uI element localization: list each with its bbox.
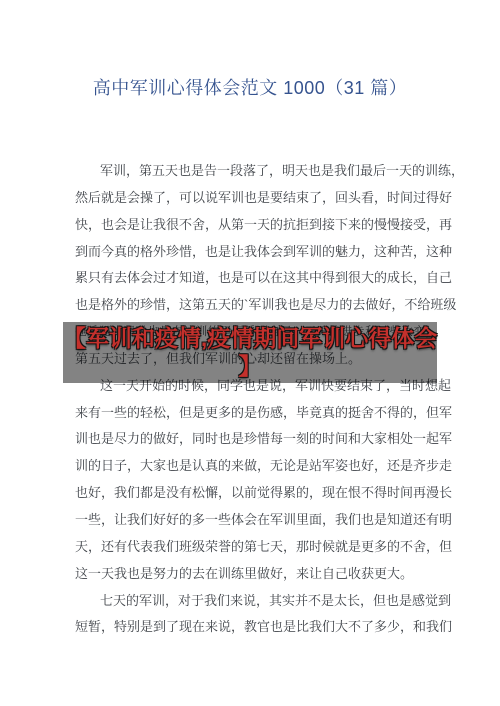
body-line: 也好，我们都是没有松懈，以前觉得累的，现在恨不得时间再漫长: [75, 480, 431, 507]
body-line: 训的日子，大家也是认真的来做，无论是站军姿也好，还是齐步走: [75, 453, 431, 480]
watermark-text-line1: 【军训和疫情,疫情期间军训心得体会: [63, 324, 437, 353]
body-line: 天，还有代表我们班级荣誉的第七天，那时候就是更多的不舍，但: [75, 534, 431, 561]
document-body: 军训，第五天也是告一段落了，明天也是我们最后一天的训练，然后就是会操了，可以说军…: [75, 158, 431, 641]
body-line: 七天的军训，对于我们来说，其实并不是太长，但也是感觉到: [75, 588, 431, 615]
body-line: 这一天我也是努力的去在训练里做好，来让自己收获更大。: [75, 561, 431, 588]
body-line: 然后就是会操了，可以说军训也是要结束了，回头看，时间过得好: [75, 185, 431, 212]
body-line: 军训，第五天也是告一段落了，明天也是我们最后一天的训练，: [75, 158, 431, 185]
body-line: 短暂，特别是到了现在来说，教官也是比我们大不了多少，和我们: [75, 614, 431, 641]
body-line: 到而今真的格外珍惜，也是让我体会到军训的魅力，这种苦，这种: [75, 239, 431, 266]
body-line: 累只有去体会过才知道，也是可以在这其中得到很大的成长，自己: [75, 265, 431, 292]
watermark-text-line2: 】: [239, 353, 262, 380]
body-line: 一些，让我们好好的多一些体会在军训里面，我们也是知道还有明: [75, 507, 431, 534]
body-line: 来有一些的轻松，但是更多的是伤感，毕竟真的挺舍不得的，但军: [75, 400, 431, 427]
body-line: 也是格外的珍惜，这第五天的`军训我也是尽力的去做好，不给班级: [75, 292, 431, 319]
document-page: 高中军训心得体会范文 1000（31 篇） 军训，第五天也是告一段落了，明天也是…: [0, 0, 500, 706]
page-title: 高中军训心得体会范文 1000（31 篇）: [0, 74, 500, 100]
watermark-banner: 【军训和疫情,疫情期间军训心得体会 】: [63, 322, 437, 383]
body-line: 快，也会是让我很不舍，从第一天的抗拒到接下来的慢慢接受，再: [75, 212, 431, 239]
body-line: 训也是尽力的做好，同时也是珍惜每一刻的时间和大家相处一起军: [75, 426, 431, 453]
